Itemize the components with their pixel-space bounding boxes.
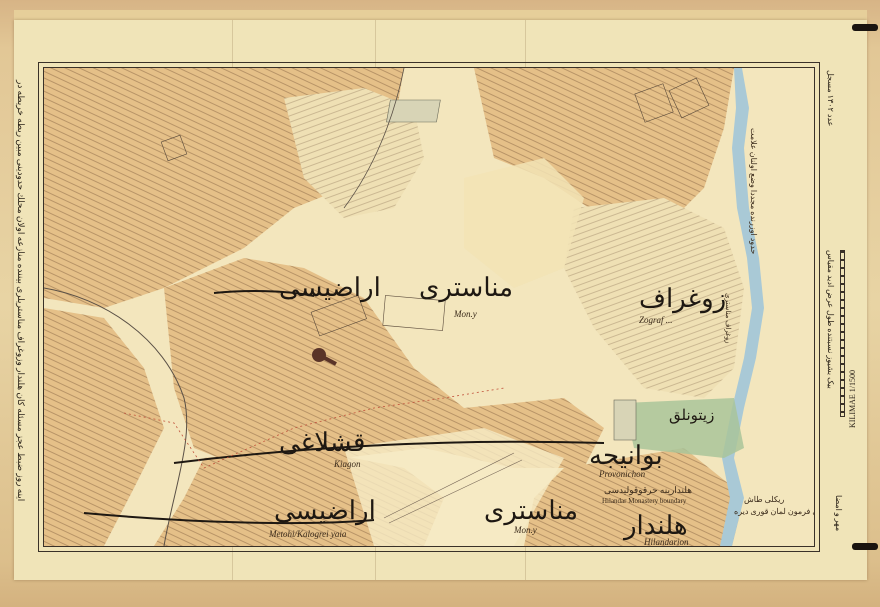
region-label-vonice: بوانیجه (589, 443, 663, 469)
region-label-arazisi-south: اراضیسی (274, 498, 376, 524)
region-label-zeytunluk: زیتونلق (669, 408, 714, 423)
left-margin-title: اینه روز ضبط عجز مسئله کان هلندار وزوغرا… (16, 80, 26, 540)
region-sublabel-manastiri-north: Mon.y (454, 310, 477, 319)
region-label-kislagi: قشلاغی (279, 430, 365, 456)
annotation-boundary-mark: حدود اوزرنده مجددا وضع اولنان علامت (749, 128, 757, 254)
right-margin-note: عدد ۱۳۰۲ مسجل (826, 70, 835, 126)
region-label-arazisi-north: اراضیسی (279, 275, 381, 301)
scale-bar (840, 250, 845, 417)
region-sublabel-vonice: Provonichon (599, 470, 645, 479)
region-sublabel-zograf: Zograf ... (639, 316, 673, 325)
region-label-hilandar: هلندار (624, 513, 688, 539)
annotation-hilandar-boundary-sub: Hilandar Monastery boundary (602, 498, 686, 505)
region-label-manastiri-south: مناستری (484, 498, 578, 524)
region-label-zograf: زوغراف (639, 286, 726, 312)
binder-clip-icon (852, 24, 878, 31)
annotation-rikli-tas: ریکلی طاش (744, 496, 784, 504)
region-sublabel-hilandar: Hilandarion (644, 538, 689, 547)
seal-signature: مهر و امضا (834, 495, 843, 531)
scale-note: بیک بشیوز نسبتنده طول عرض ادید مقیاس (826, 250, 835, 420)
scale-label: KILIMAE 1/1500 (848, 370, 857, 428)
binder-clip-icon (852, 543, 878, 550)
region-label-manastiri-north: مناستری (419, 275, 513, 301)
region-sublabel-arazisi-south: Metohi/Kalogrei yaia (269, 530, 346, 539)
region-sublabel-kislagi: Kiagon (334, 460, 361, 469)
annotation-zograf-manastiri: زوغراف مناستری (724, 293, 731, 344)
region-sublabel-manastiri-south: Mon.y (514, 526, 537, 535)
annotation-hilandar-boundary: هلندارینه حرقوقولیدسی (604, 486, 692, 495)
annotation-old-harbour: اسکی فرمون لمان قورى ديره (734, 508, 815, 516)
map-area: اراضیسی مناستری Mon.y زوغراف Zograf ... … (43, 67, 815, 547)
